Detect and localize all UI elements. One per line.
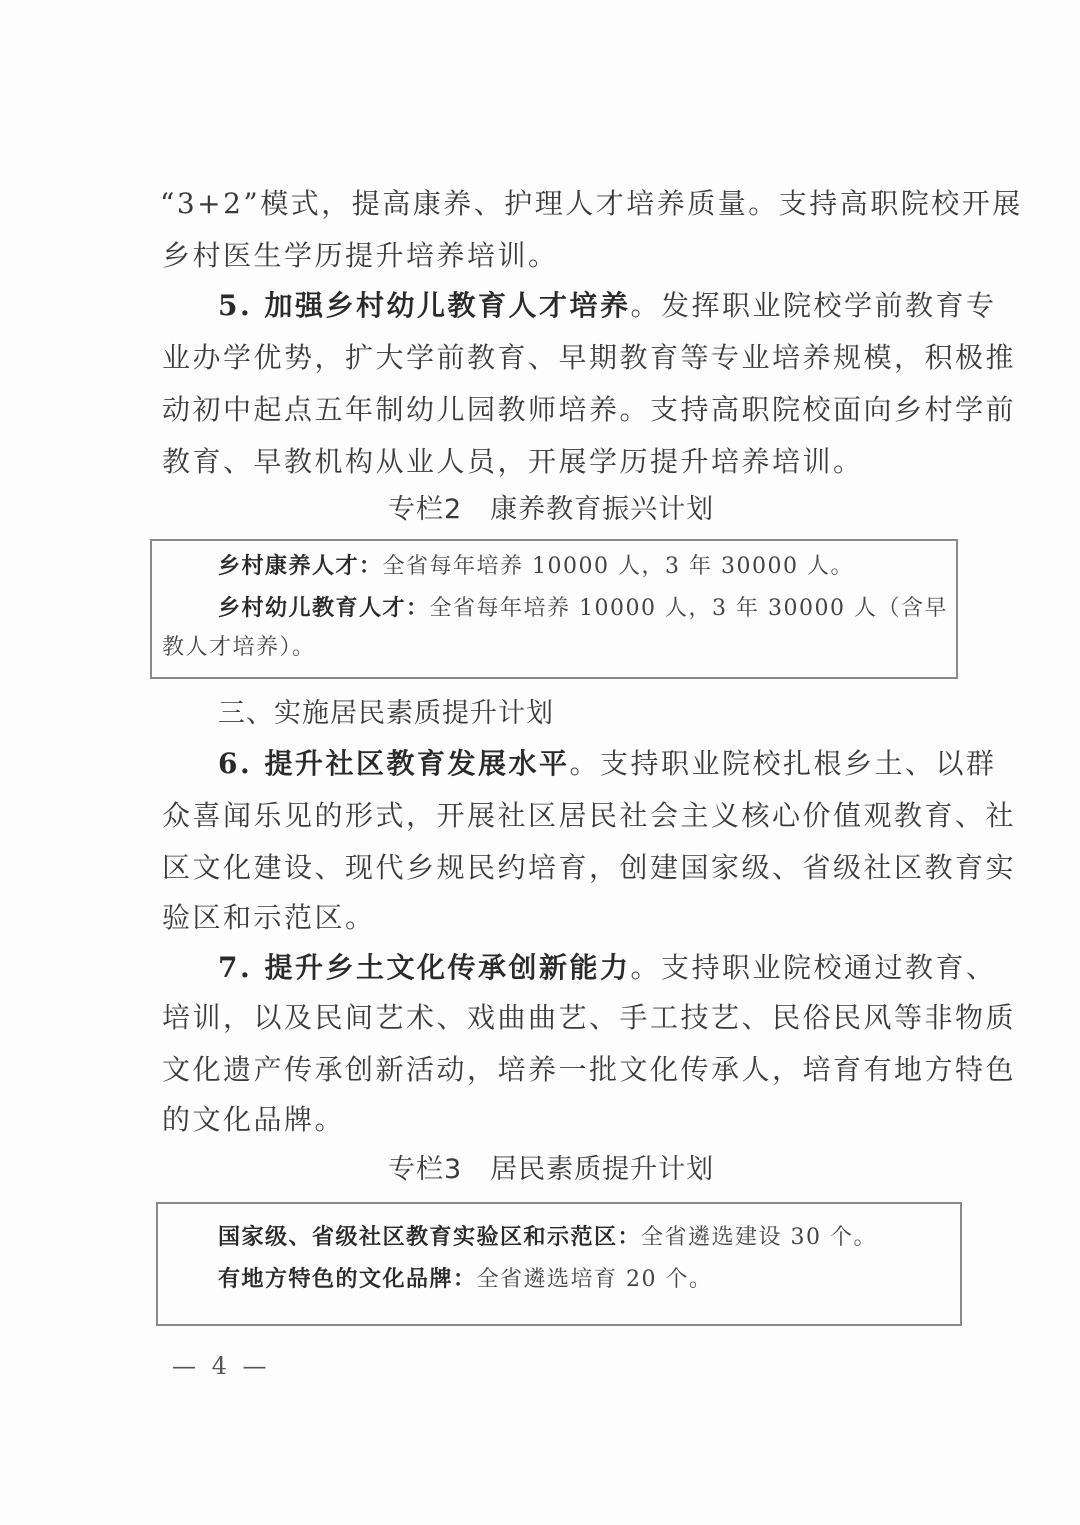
paragraph-line: 业办学优势，扩大学前教育、早期教育等专业培养规模，积极推 xyxy=(162,340,1016,376)
paragraph-line: 教育、早教机构从业人员，开展学历提升培养培训。 xyxy=(162,444,864,480)
column-3-title: 专栏3 居民素质提升计划 xyxy=(388,1152,714,1188)
paragraph-line: 乡村医生学历提升培养培训。 xyxy=(162,238,559,274)
column-2-item-2-label: 乡村幼儿教育人才： xyxy=(218,595,430,621)
paragraph-7-text: 。支持职业院校通过教育、 xyxy=(630,951,996,984)
column-2-item-2-cont: 教人才培养）。 xyxy=(162,633,316,663)
column-2-item-2-text: 全省每年培养 10000 人，3 年 30000 人（含早 xyxy=(430,596,948,621)
page-number: — 4 — xyxy=(172,1352,271,1380)
column-3-item-2-label: 有地方特色的文化品牌： xyxy=(218,1266,477,1292)
paragraph-line: 众喜闻乐见的形式，开展社区居民社会主义核心价值观教育、社 xyxy=(162,798,1016,834)
paragraph-7: 7. 提升乡土文化传承创新能力。支持职业院校通过教育、 xyxy=(218,950,997,986)
paragraph-7-title: 7. 提升乡土文化传承创新能力 xyxy=(218,951,630,984)
paragraph-6-text: 。支持职业院校扎根乡土、以群 xyxy=(569,747,996,780)
column-3-item-2-text: 全省遴选培育 20 个。 xyxy=(477,1267,713,1292)
paragraph-5-text: 。发挥职业院校学前教育专 xyxy=(630,289,996,322)
paragraph-line: “3+2”模式，提高康养、护理人才培养质量。支持高职院校开展 xyxy=(160,186,1023,222)
paragraph-6-title: 6. 提升社区教育发展水平 xyxy=(218,747,569,780)
column-2-item-1-text: 全省每年培养 10000 人，3 年 30000 人。 xyxy=(383,554,854,579)
paragraph-line: 区文化建设、现代乡规民约培育，创建国家级、省级社区教育实 xyxy=(162,850,1016,886)
paragraph-line: 验区和示范区。 xyxy=(162,900,376,936)
paragraph-line: 的文化品牌。 xyxy=(162,1102,345,1138)
column-3-item-1: 国家级、省级社区教育实验区和示范区：全省遴选建设 30 个。 xyxy=(218,1222,877,1253)
paragraph-line: 培训，以及民间艺术、戏曲曲艺、手工技艺、民俗民风等非物质 xyxy=(162,1000,1016,1036)
column-3-item-2: 有地方特色的文化品牌：全省遴选培育 20 个。 xyxy=(218,1264,713,1295)
column-2-item-1: 乡村康养人才：全省每年培养 10000 人，3 年 30000 人。 xyxy=(218,551,854,582)
paragraph-6: 6. 提升社区教育发展水平。支持职业院校扎根乡土、以群 xyxy=(218,746,997,782)
paragraph-5: 5. 加强乡村幼儿教育人才培养。发挥职业院校学前教育专 xyxy=(218,288,997,324)
paragraph-5-title: 5. 加强乡村幼儿教育人才培养 xyxy=(218,289,630,322)
section-3-heading: 三、实施居民素质提升计划 xyxy=(218,696,554,732)
column-2-box: 乡村康养人才：全省每年培养 10000 人，3 年 30000 人。 乡村幼儿教… xyxy=(150,539,958,679)
column-3-box: 国家级、省级社区教育实验区和示范区：全省遴选建设 30 个。 有地方特色的文化品… xyxy=(156,1202,962,1326)
column-2-title: 专栏2 康养教育振兴计划 xyxy=(388,492,714,528)
column-3-item-1-text: 全省遴选建设 30 个。 xyxy=(641,1225,877,1250)
column-2-item-1-label: 乡村康养人才： xyxy=(218,553,383,579)
document-page: “3+2”模式，提高康养、护理人才培养质量。支持高职院校开展 乡村医生学历提升培… xyxy=(0,0,1080,1525)
paragraph-line: 文化遗产传承创新活动，培养一批文化传承人，培育有地方特色 xyxy=(162,1052,1016,1088)
column-2-item-2: 乡村幼儿教育人才：全省每年培养 10000 人，3 年 30000 人（含早 xyxy=(218,593,948,624)
column-3-item-1-label: 国家级、省级社区教育实验区和示范区： xyxy=(218,1224,641,1250)
paragraph-line: 动初中起点五年制幼儿园教师培养。支持高职院校面向乡村学前 xyxy=(162,392,1016,428)
